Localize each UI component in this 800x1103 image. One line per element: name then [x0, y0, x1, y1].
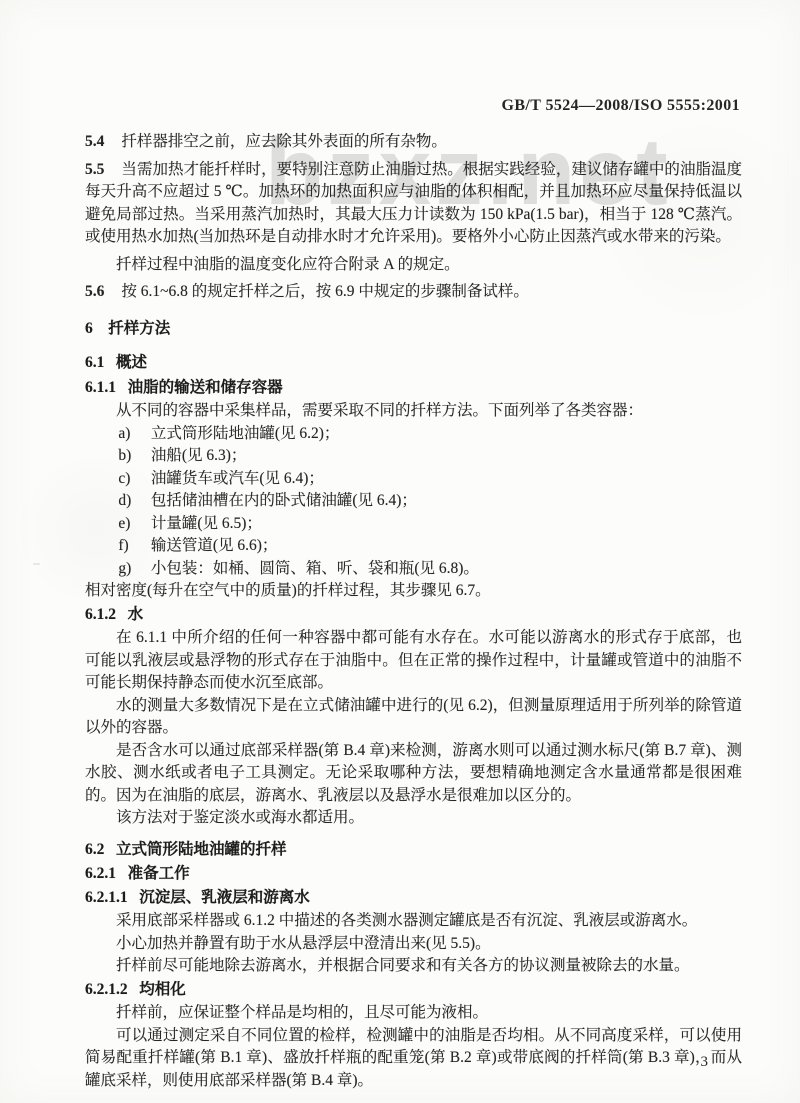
paragraph: 水的测量大多数情况下是在立式储油罐中进行的(见 6.2)，但测量原理适用于所列举… — [85, 695, 742, 740]
block-text: 当需加热才能扦样时，要特别注意防止油脂过热。根据实践经验，建议储存罐中的油脂温度… — [85, 161, 742, 246]
block-text: 该方法对于鉴定淡水或海水都适用。 — [116, 809, 364, 826]
block-text: 包括储油槽在内的卧式储油罐(见 6.4)； — [151, 492, 417, 509]
block-text: 扦样方法 — [108, 320, 170, 337]
block-text: 可以通过测定采自不同位置的检样，检测罐中的油脂是否均相。从不同高度采样，可以使用… — [85, 1027, 742, 1089]
block-text: 相对密度(每升在空气中的质量)的扦样过程，其步骤见 6.7。 — [85, 582, 491, 599]
block-text: 均相化 — [139, 981, 186, 998]
block-number: d) — [118, 490, 151, 513]
block-number: b) — [118, 445, 151, 468]
document-body: 5.4扦样器排空之前，应去除其外表面的所有杂物。5.5当需加热才能扦样时，要特别… — [85, 126, 742, 1092]
block-text: 油罐货车或汽车(见 6.4)； — [151, 470, 324, 487]
list-item-e: e)计量罐(见 6.5)； — [85, 513, 742, 536]
clause-5-6: 5.6按 6.1~6.8 的规定扦样之后，按 6.9 中规定的步骤制备试样。 — [85, 281, 742, 304]
block-text: 准备工作 — [128, 865, 190, 882]
block-text: 是否含水可以通过底部采样器(第 B.4 章)来检测，游离水则可以通过测水标尺(第… — [85, 742, 742, 804]
paragraph-flush: 相对密度(每升在空气中的质量)的扦样过程，其步骤见 6.7。 — [85, 580, 742, 603]
list-item-b: b)油船(见 6.3)； — [85, 445, 742, 468]
block-text: 水的测量大多数情况下是在立式储油罐中进行的(见 6.2)，但测量原理适用于所列举… — [85, 697, 742, 737]
block-text: 扦样前尽可能地除去游离水，并根据合同要求和有关各方的协议测量被除去的水量。 — [116, 957, 690, 974]
heading-6-2-1-1: 6.2.1.1沉淀层、乳液层和游离水 — [85, 887, 742, 910]
block-text: 输送管道(见 6.6)； — [151, 537, 278, 554]
block-text: 立式筒形陆地油罐(见 6.2)； — [151, 425, 340, 442]
block-number: 6 — [85, 320, 93, 337]
block-text: 小心加热并静置有助于水从悬浮层中澄清出来(见 5.5)。 — [116, 935, 491, 952]
list-item-a: a)立式筒形陆地油罐(见 6.2)； — [85, 423, 742, 446]
block-number: 6.2.1.1 — [85, 889, 128, 906]
clause-5-4: 5.4扦样器排空之前，应去除其外表面的所有杂物。 — [85, 131, 742, 154]
block-number: 5.4 — [85, 133, 104, 150]
block-text: 油船(见 6.3)； — [151, 447, 247, 464]
heading-6: 6扦样方法 — [85, 318, 742, 341]
block-text: 在 6.1.1 中所介绍的任何一种容器中都可能有水存在。水可能以游离水的形式存于… — [85, 629, 742, 691]
block-number: 6.2.1.2 — [85, 981, 128, 998]
list-item-f: f)输送管道(见 6.6)； — [85, 535, 742, 558]
block-text: 扦样器排空之前，应去除其外表面的所有杂物。 — [121, 133, 447, 150]
block-number: 6.2 — [85, 841, 104, 858]
block-text: 扦样前，应保证整个样品是均相的，且尽可能为液相。 — [116, 1004, 488, 1021]
block-text: 概述 — [116, 354, 147, 371]
block-text: 立式筒形陆地油罐的扦样 — [116, 841, 287, 858]
block-number: 5.6 — [85, 283, 104, 300]
paragraph: 该方法对于鉴定淡水或海水都适用。 — [85, 807, 742, 830]
paragraph: 扦样前尽可能地除去游离水，并根据合同要求和有关各方的协议测量被除去的水量。 — [85, 955, 742, 978]
block-text: 水 — [128, 606, 144, 623]
paragraph: 扦样过程中油脂的温度变化应符合附录 A 的规定。 — [85, 254, 742, 277]
scan-speck — [33, 563, 40, 565]
standard-number-header: GB/T 5524—2008/ISO 5555:2001 — [502, 97, 741, 115]
list-item-d: d)包括储油槽在内的卧式储油罐(见 6.4)； — [85, 490, 742, 513]
block-number: 6.2.1 — [85, 865, 116, 882]
heading-6-1-2: 6.1.2水 — [85, 604, 742, 627]
heading-6-1: 6.1概述 — [85, 352, 742, 375]
block-text: 油脂的输送和储存容器 — [128, 379, 283, 396]
paragraph: 小心加热并静置有助于水从悬浮层中澄清出来(见 5.5)。 — [85, 933, 742, 956]
heading-6-2-1-2: 6.2.1.2均相化 — [85, 979, 742, 1002]
block-text: 小包装：如桶、圆筒、箱、听、袋和瓶(见 6.8)。 — [151, 560, 479, 577]
block-text: 计量罐(见 6.5)； — [151, 515, 262, 532]
block-text: 按 6.1~6.8 的规定扦样之后，按 6.9 中规定的步骤制备试样。 — [121, 283, 529, 300]
block-text: 从不同的容器中采集样品，需要采取不同的扦样方法。下面列举了各类容器： — [116, 402, 643, 419]
block-number: 6.1.2 — [85, 606, 116, 623]
block-number: a) — [118, 423, 151, 446]
block-number: e) — [118, 513, 151, 536]
heading-6-2-1: 6.2.1准备工作 — [85, 863, 742, 886]
paragraph: 从不同的容器中采集样品，需要采取不同的扦样方法。下面列举了各类容器： — [85, 400, 742, 423]
paragraph: 是否含水可以通过底部采样器(第 B.4 章)来检测，游离水则可以通过测水标尺(第… — [85, 740, 742, 808]
page-number: 3 — [701, 1054, 709, 1071]
block-number: 5.5 — [85, 161, 104, 178]
clause-5-5: 5.5当需加热才能扦样时，要特别注意防止油脂过热。根据实践经验，建议储存罐中的油… — [85, 159, 742, 249]
list-item-c: c)油罐货车或汽车(见 6.4)； — [85, 468, 742, 491]
paragraph: 可以通过测定采自不同位置的检样，检测罐中的油脂是否均相。从不同高度采样，可以使用… — [85, 1025, 742, 1093]
block-text: 扦样过程中油脂的温度变化应符合附录 A 的规定。 — [116, 256, 460, 273]
block-number: c) — [118, 468, 151, 491]
heading-6-2: 6.2立式筒形陆地油罐的扦样 — [85, 839, 742, 862]
heading-6-1-1: 6.1.1油脂的输送和储存容器 — [85, 377, 742, 400]
paragraph: 采用底部采样器或 6.1.2 中描述的各类测水器测定罐底是否有沉淀、乳液层或游离… — [85, 910, 742, 933]
block-number: g) — [118, 558, 151, 581]
block-text: 沉淀层、乳液层和游离水 — [139, 889, 310, 906]
block-number: 6.1 — [85, 354, 104, 371]
paragraph: 扦样前，应保证整个样品是均相的，且尽可能为液相。 — [85, 1002, 742, 1025]
block-text: 采用底部采样器或 6.1.2 中描述的各类测水器测定罐底是否有沉淀、乳液层或游离… — [116, 912, 697, 929]
block-number: 6.1.1 — [85, 379, 116, 396]
block-number: f) — [118, 535, 151, 558]
scanned-standard-page: bzxz.net GB/T 5524—2008/ISO 5555:2001 5.… — [0, 0, 800, 1103]
paragraph: 在 6.1.1 中所介绍的任何一种容器中都可能有水存在。水可能以游离水的形式存于… — [85, 627, 742, 695]
list-item-g: g)小包装：如桶、圆筒、箱、听、袋和瓶(见 6.8)。 — [85, 558, 742, 581]
